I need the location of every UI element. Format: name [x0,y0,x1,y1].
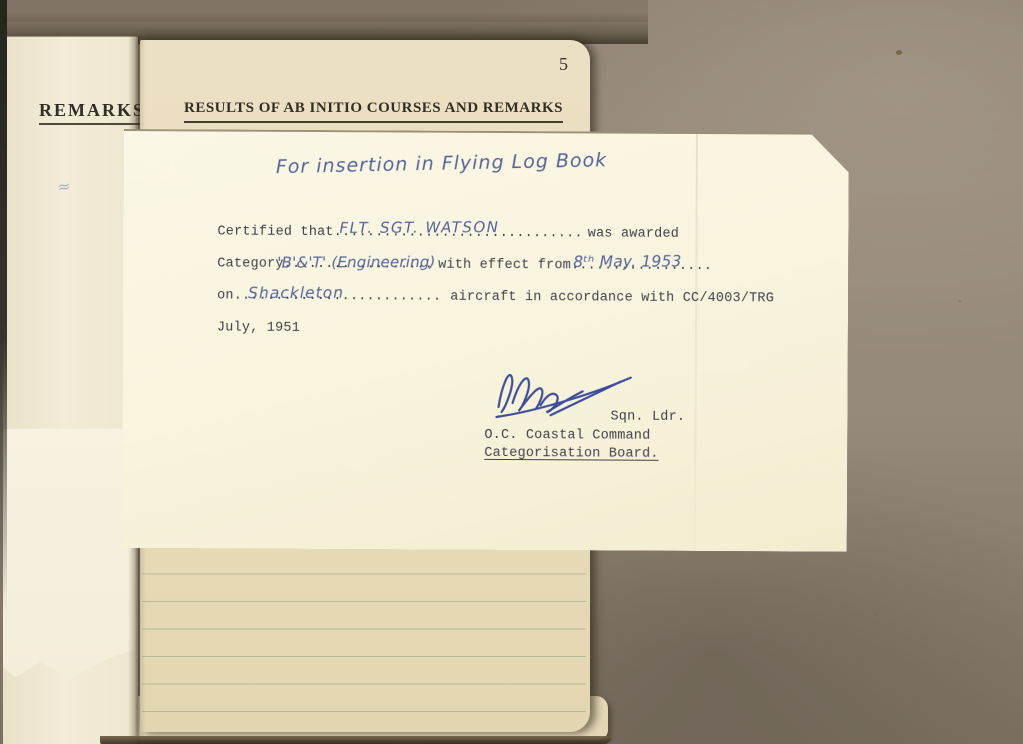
date-issued: July, 1951 [217,320,300,335]
left-facing-page: D REMARKS ≈ [3,36,138,744]
handwritten-note: For insertion in Flying Log Book [276,149,608,178]
paper-crease [694,134,698,551]
name-dotted-field: .............................. FLT. SGT.… [334,225,583,241]
page-title: RESULTS OF AB INITIO COURSES AND REMARKS [184,100,563,123]
inserted-certificate: For insertion in Flying Log Book Certifi… [122,129,849,552]
page-number: 5 [559,54,568,75]
category-dotted-field: .................. 'B'&'T' (Engineering) [284,257,434,273]
date-dotted-field: ................. 8ᵗʰ May. 1953 [571,258,712,274]
signatory-board: Categorisation Board. [484,446,658,462]
handwritten-date: 8ᵗʰ May. 1953 [573,252,681,271]
aircraft-dotted-field: ......................... Shackleton [234,289,442,305]
aircraft-line: on ......................... Shackleton … [217,288,774,313]
effect-from-label: with effect from [438,258,571,274]
scan-speck [958,300,961,303]
category-label: Category [217,256,283,271]
certified-line-label: Certified that [217,224,333,240]
signatory-rank: Sqn. Ldr. [610,410,685,425]
aircraft-line-suffix: aircraft in accordance with CC/4003/TRG [450,290,774,307]
signature-stroke [499,375,513,412]
scan-speck [896,50,902,55]
signatory-unit: O.C. Coastal Command [484,428,650,444]
logbook-scan: D REMARKS ≈ 5 RESULTS OF AB INITIO COURS… [0,0,1023,744]
certified-line: Certified that .........................… [217,224,679,248]
torn-paper-scrap [3,429,135,685]
book-cover-edge [0,0,7,612]
date-issued-line: July, 1951 [217,320,300,342]
book-bottom-shadow [100,736,612,744]
pencil-stray-mark: ≈ [56,176,72,197]
handwritten-aircraft: Shackleton [248,284,344,303]
ruled-lines [142,546,586,724]
scan-speck [874,612,878,616]
handwritten-category: 'B'&'T' (Engineering) [278,253,436,272]
signature-stroke [513,378,543,411]
category-line: Category .................. 'B'&'T' (Eng… [217,256,712,281]
on-label: on [217,288,234,303]
handwritten-name: FLT. SGT. WATSON [340,218,500,237]
certified-line-suffix: was awarded [588,226,679,241]
